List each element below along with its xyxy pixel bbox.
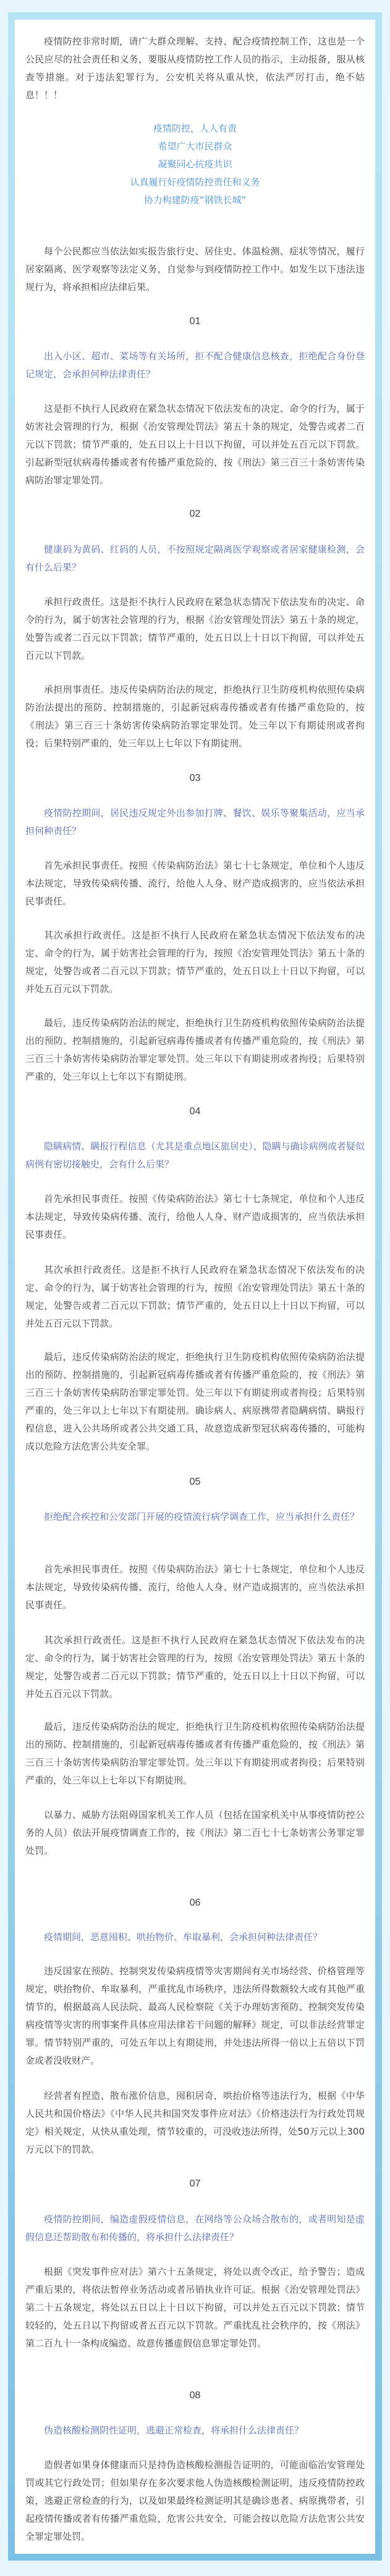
section-answer: 以暴力、威胁方法阻碍国家机关工作人员（包括在国家机关中从事疫情防控公务的人员）依… <box>25 1806 365 1860</box>
section-question: 健康码为黄码、红码的人员，不按照规定隔离医学观察或者居家健康检测，会有什么后果？ <box>25 541 365 577</box>
slogan-list: 疫情防控，人人有责 希望广大市民群众 凝聚同心抗疫共识 认真履行好疫情防控责任和… <box>25 120 365 209</box>
section-number: 02 <box>25 505 365 523</box>
section-number: 03 <box>25 769 365 787</box>
slogan-line: 希望广大市民群众 <box>25 138 365 156</box>
slogan-line: 疫情防控，人人有责 <box>25 120 365 138</box>
section-question: 疫情防控期间，居民违反规定外出参加打牌、餐饮、娱乐等聚集活动，应当承担何种责任？ <box>25 804 365 840</box>
section-number: 01 <box>25 312 365 330</box>
section-answer: 经营者有捏造、散布涨价信息，囤积居奇，哄抬价格等违法行为，根据《中华人民共和国价… <box>25 2087 365 2159</box>
section-answer: 造假者如果身体健康而只是持伪造核酸检测报告证明的，可能面临治安管理处罚或其它行政… <box>25 2456 365 2546</box>
section-answer: 首先承担民事责任。按照《传染病防治法》第七十七条规定，单位和个人违反本法规定，导… <box>25 857 365 911</box>
intro-lead: 每个公民都应当依法如实报告旅行史、居住史、体温检测、症状等情况，履行居家隔离、医… <box>25 243 365 296</box>
intro-paragraph: 疫情防控非常时期，请广大群众理解、支持、配合疫情控制工作，这也是一个公民应尽的社… <box>25 33 365 104</box>
section-number: 07 <box>25 2175 365 2193</box>
section-question: 拒绝配合疾控和公安部门开展的疫情流行病学调查工作，应当承担什么责任？ <box>25 1508 365 1526</box>
section-question: 伪造核酸检测阴性证明，逃避正常检查，将承担什么法律责任？ <box>25 2422 365 2440</box>
slogan-line: 认真履行好疫情防控责任和义务 <box>25 173 365 191</box>
section-number: 04 <box>25 1103 365 1120</box>
page-frame: 疫情防控非常时期，请广大群众理解、支持、配合疫情控制工作，这也是一个公民应尽的社… <box>8 12 382 2561</box>
section-answer: 其次承担行政责任。这是拒不执行人民政府在紧急状态情况下依法发布的决定、命令的行为… <box>25 927 365 998</box>
section-question: 隐瞒病情、瞒报行程信息（尤其是重点地区旅居史）、隐瞒与确诊病例或者疑似病例有密切… <box>25 1138 365 1173</box>
section-number: 06 <box>25 1894 365 1912</box>
section-number: 05 <box>25 1473 365 1491</box>
section-answer: 最后，违反传染病防治法的规定，拒绝执行卫生防疫机构依照传染病防治法提出的预防、控… <box>25 1348 365 1456</box>
section-answer: 其次承担行政责任。这是拒不执行人民政府在紧急状态情况下依法发布的决定、命令的行为… <box>25 1632 365 1703</box>
section-question: 疫情期间，恶意囤积、哄抬物价、牟取暴利，会承担何种法律责任？ <box>25 1928 365 1946</box>
section-answer: 其次承担行政责任。这是拒不执行人民政府在紧急状态情况下依法发布的决定、命令的行为… <box>25 1261 365 1333</box>
section-question: 疫情防控期间，编造虚假疫情信息，在网络等公众场合散布的，或者明知是虚假信息还帮助… <box>25 2211 365 2246</box>
section-answer: 这是拒不执行人民政府在紧急状态情况下依法发布的决定、命令的行为，属于妨害社会管理… <box>25 400 365 490</box>
section-answer: 承担刑事责任。违反传染病防治法的规定，拒绝执行卫生防疫机构依照传染病防治法提出的… <box>25 681 365 752</box>
section-answer: 首先承担民事责任。按照《传染病防治法》第七十七条规定，单位和个人违反本法规定，导… <box>25 1561 365 1614</box>
section-question: 出入小区、超市、菜场等有关场所，拒不配合健康信息核查，拒绝配合身份登记规定，会承… <box>25 348 365 383</box>
section-answer: 根据《突发事件应对法》第六十五条规定，将处以责令改正，给予警告；造成严重后果的，… <box>25 2263 365 2353</box>
section-answer: 承担行政责任。这是拒不执行人民政府在紧急状态情况下依法发布的决定、命令的行为，属… <box>25 593 365 665</box>
slogan-line: 协力构建防疫“钢铁长城” <box>25 191 365 209</box>
article-card: 疫情防控非常时期，请广大群众理解、支持、配合疫情控制工作，这也是一个公民应尽的社… <box>15 20 375 2554</box>
section-answer: 违反国家在预防、控制突发传染病疫情等灾害期间有关市场经营、价格管理等规定，哄抬物… <box>25 1962 365 2070</box>
section-answer: 最后，违反传染病防治法的规定，拒绝执行卫生防疫机构依照传染病防治法提出的预防、控… <box>25 1014 365 1086</box>
section-answer: 最后，违反传染病防治法的规定，拒绝执行卫生防疫机构依照传染病防治法提出的预防、控… <box>25 1718 365 1790</box>
slogan-line: 凝聚同心抗疫共识 <box>25 156 365 173</box>
section-answer: 首先承担民事责任。按照《传染病防治法》第七十七条规定，单位和个人违反本法规定，导… <box>25 1190 365 1244</box>
section-number: 08 <box>25 2386 365 2404</box>
